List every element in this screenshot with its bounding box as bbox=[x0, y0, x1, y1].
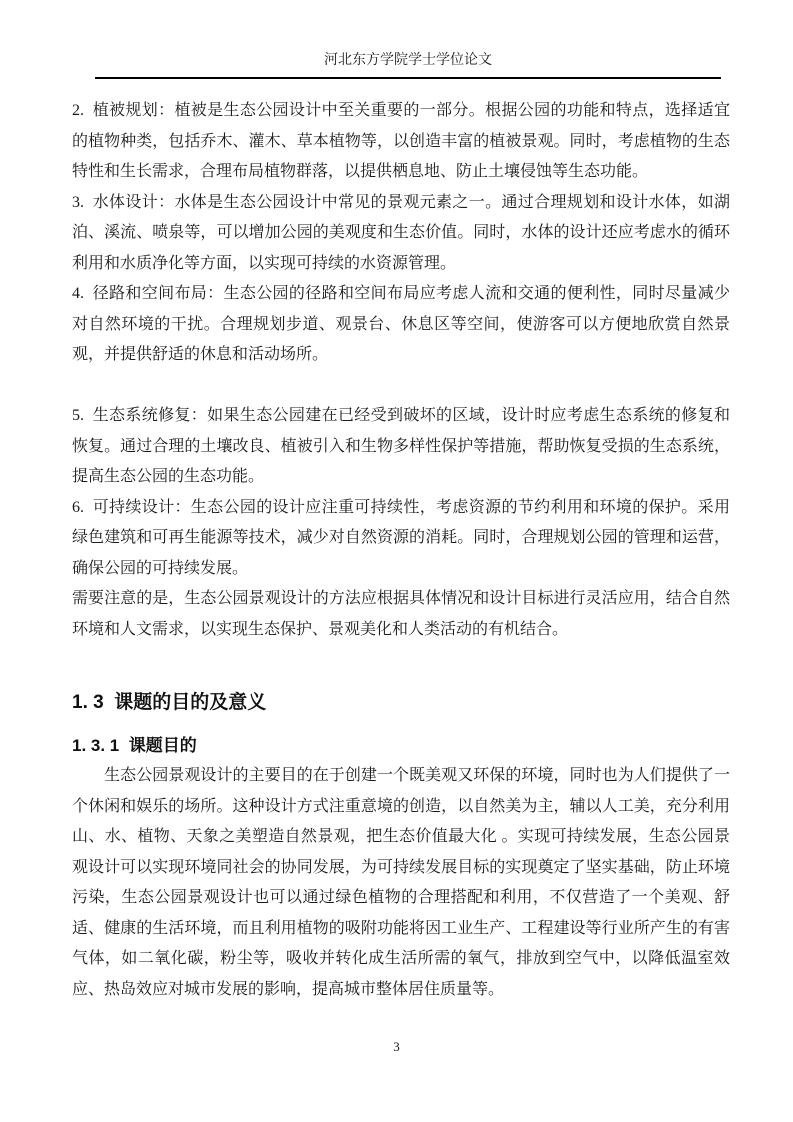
page-body: 2. 植被规划：植被是生态公园设计中至关重要的一部分。根据公园的功能和特点，选择… bbox=[72, 96, 730, 1005]
page-header: 河北东方学院学士学位论文 bbox=[95, 50, 721, 79]
paragraph-topic-purpose: 生态公园景观设计的主要目的在于创建一个既美观又环保的环境，同时也为人们提供了一个… bbox=[72, 761, 730, 1005]
section-heading-1-3: 1. 3 课题的目的及意义 bbox=[72, 689, 730, 717]
paragraph-vegetation-planning: 2. 植被规划：植被是生态公园设计中至关重要的一部分。根据公园的功能和特点，选择… bbox=[72, 96, 730, 188]
paragraph-sustainable-design: 6. 可持续设计：生态公园的设计应注重可持续性，考虑资源的节约利用和环境的保护。… bbox=[72, 493, 730, 585]
page-footer: 3 bbox=[0, 1039, 793, 1055]
running-head-title: 河北东方学院学士学位论文 bbox=[324, 53, 492, 68]
paragraph-note: 需要注意的是，生态公园景观设计的方法应根据具体情况和设计目标进行灵活应用，结合自… bbox=[72, 584, 730, 645]
subsection-heading-1-3-1: 1. 3. 1 课题目的 bbox=[72, 733, 730, 759]
thesis-page: 河北东方学院学士学位论文 2. 植被规划：植被是生态公园设计中至关重要的一部分。… bbox=[0, 0, 793, 1122]
paragraph-path-space-layout: 4. 径路和空间布局：生态公园的径路和空间布局应考虑人流和交通的便利性，同时尽量… bbox=[72, 279, 730, 371]
paragraph-water-design: 3. 水体设计：水体是生态公园设计中常见的景观元素之一。通过合理规划和设计水体，… bbox=[72, 188, 730, 280]
blank-line bbox=[72, 371, 730, 402]
page-number: 3 bbox=[393, 1039, 400, 1054]
paragraph-ecosystem-restoration: 5. 生态系统修复：如果生态公园建在已经受到破坏的区域，设计时应考虑生态系统的修… bbox=[72, 401, 730, 493]
